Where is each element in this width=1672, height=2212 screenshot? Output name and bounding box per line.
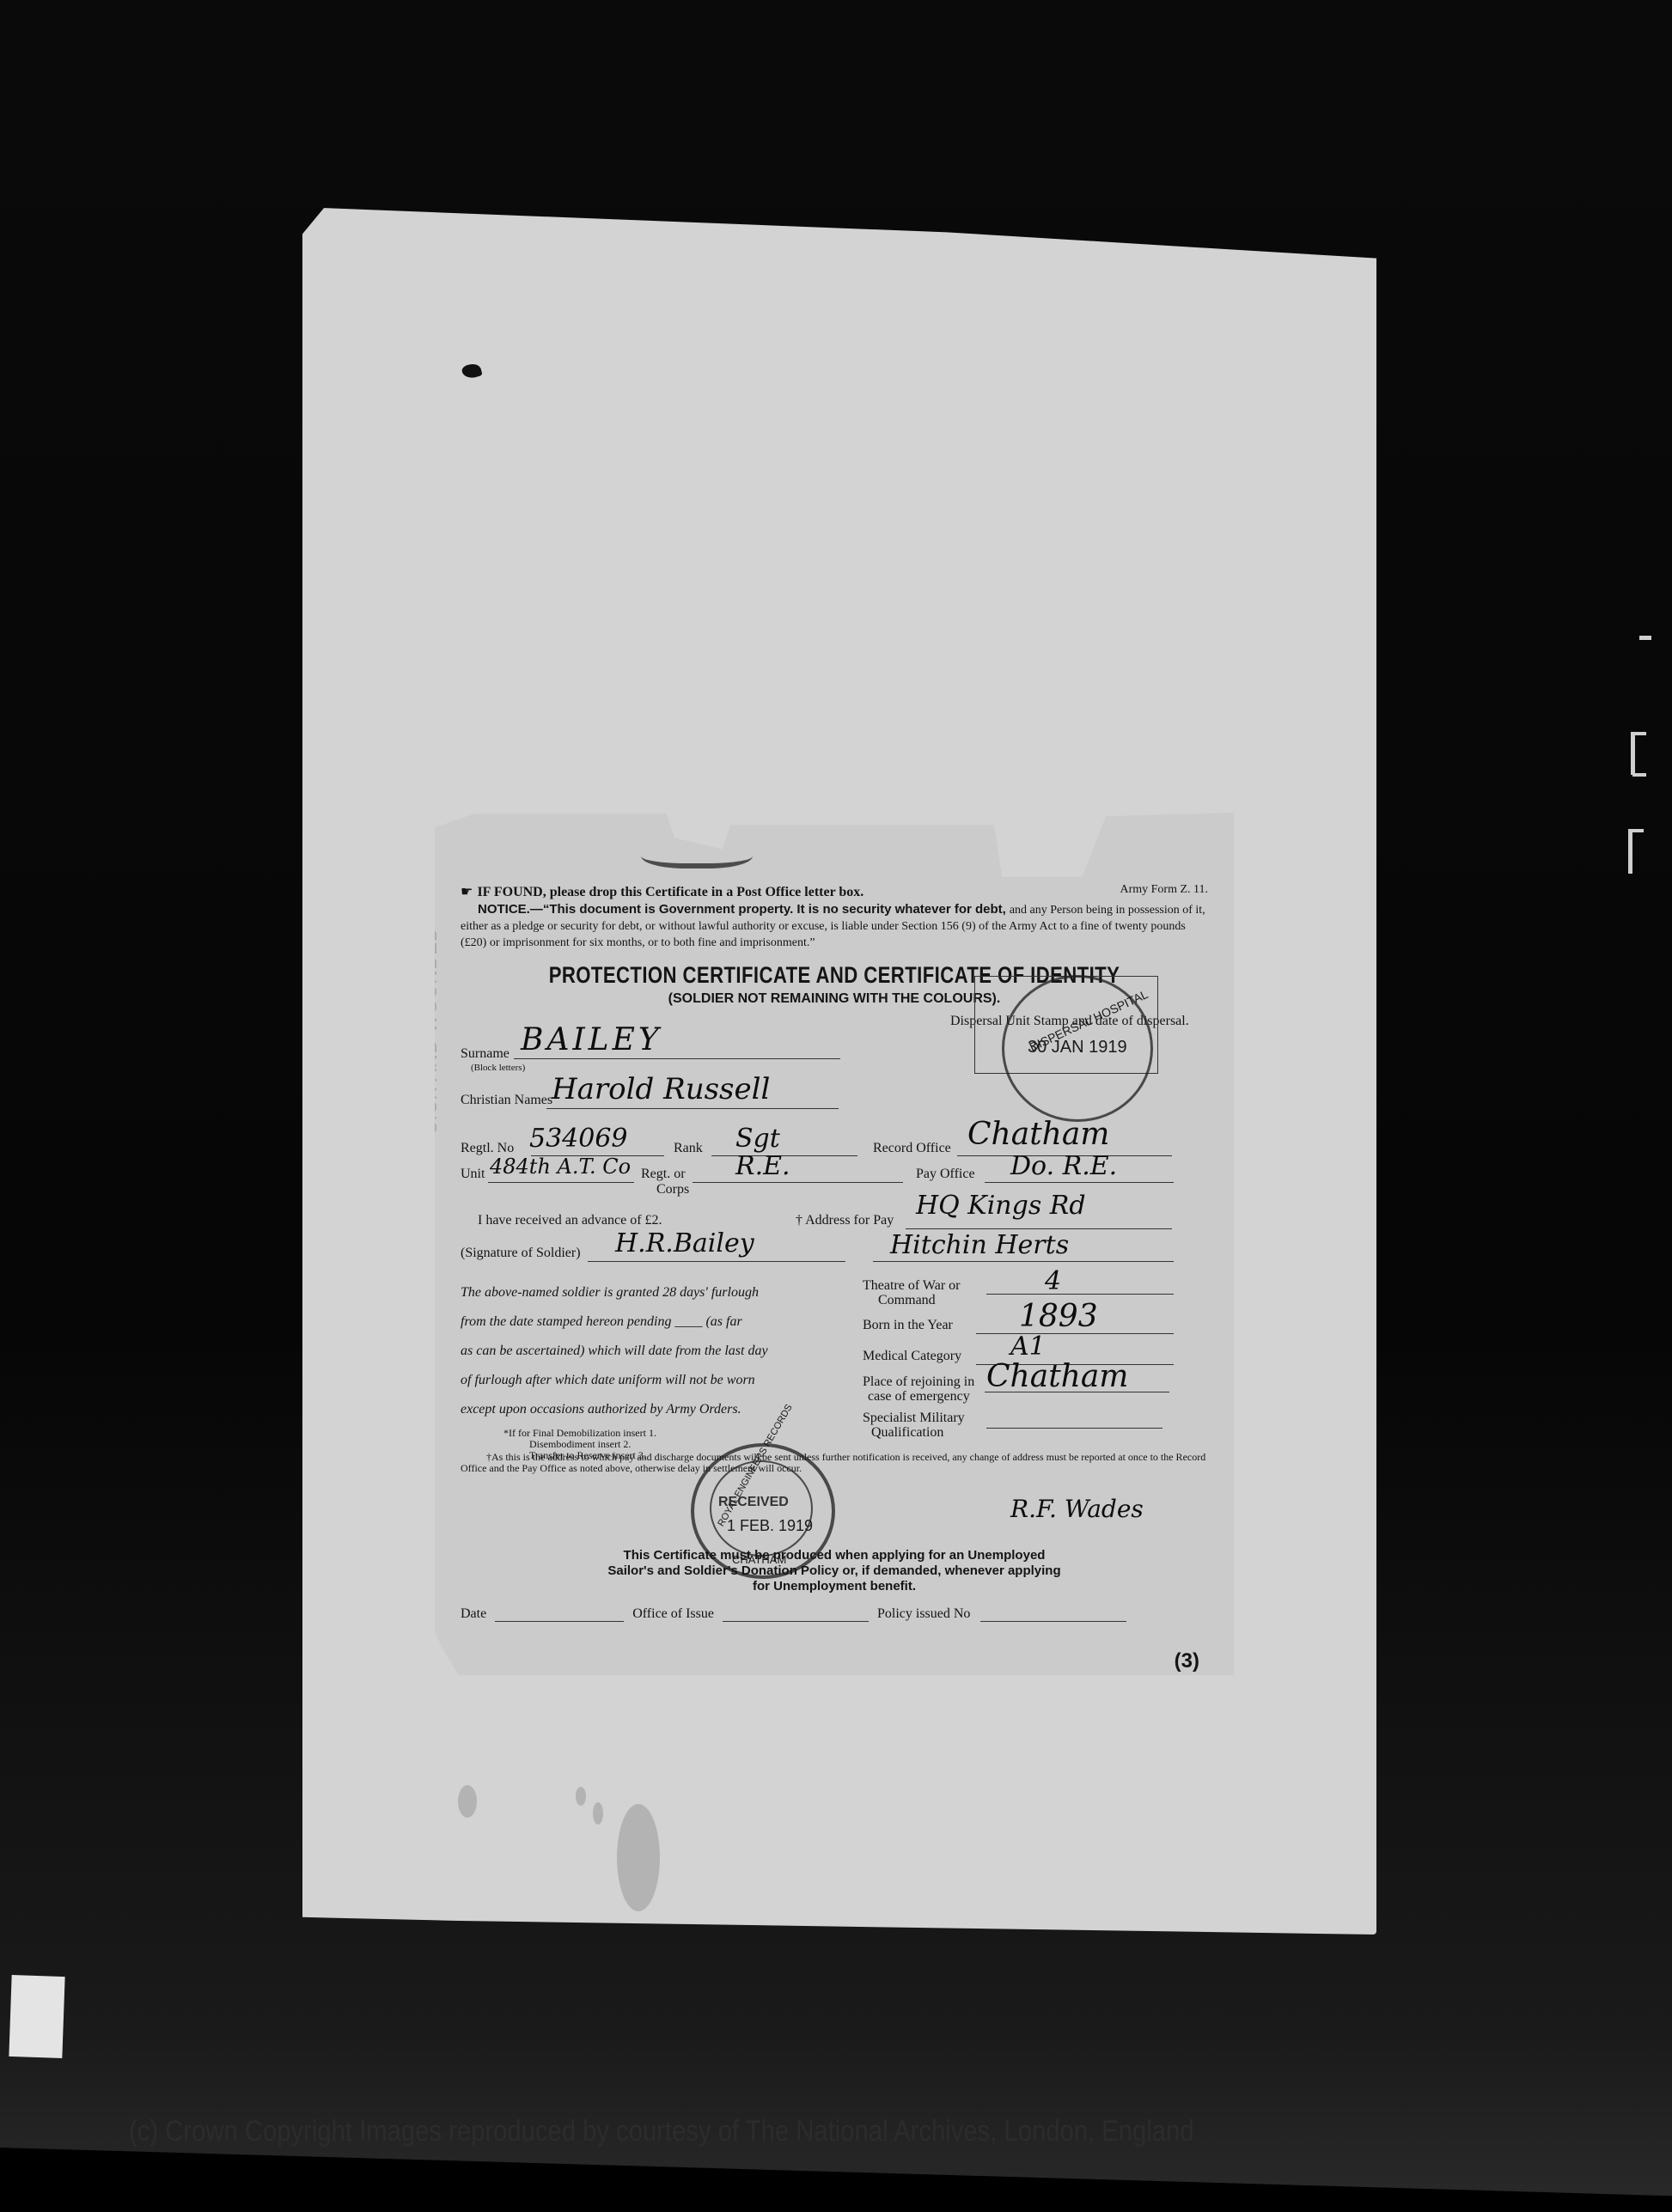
address-field-1[interactable]: HQ Kings Rd — [916, 1191, 1086, 1221]
specialist-label: Specialist Military Qualification — [863, 1411, 965, 1440]
notice-bold: NOTICE.—“This document is Government pro… — [461, 902, 1006, 917]
stain-2 — [458, 1785, 477, 1818]
office-of-issue-label: Office of Issue — [632, 1606, 714, 1621]
signature-label: (Signature of Soldier) — [461, 1246, 581, 1261]
date-label: Date — [461, 1606, 486, 1621]
surname-hint: (Block letters) — [471, 1063, 525, 1073]
rank-label: Rank — [674, 1141, 703, 1156]
christian-names-field[interactable]: Harold Russell — [552, 1072, 770, 1106]
advance-text: I have received an advance of £2. — [478, 1213, 662, 1228]
surname-line — [514, 1058, 840, 1059]
born-label: Born in the Year — [863, 1318, 953, 1333]
regt-label: Regt. or — [641, 1167, 686, 1182]
date-field[interactable] — [495, 1621, 624, 1622]
address-label: † Address for Pay — [796, 1213, 894, 1228]
policy-label: Policy issued No — [877, 1606, 970, 1621]
edge-marker-3b — [1630, 829, 1644, 832]
officer-signature: R.F. Wades — [1010, 1495, 1144, 1523]
regt-field[interactable]: R.E. — [735, 1151, 790, 1181]
furlough-paragraph: The above-named soldier is granted 28 da… — [461, 1278, 768, 1424]
signature-line — [588, 1261, 845, 1262]
certificate-note-3: for Unemployment benefit. — [461, 1579, 1208, 1594]
specialist-line — [986, 1428, 1162, 1429]
address-note: †As this is the address to which pay and… — [461, 1452, 1208, 1474]
rank-field[interactable]: Sgt — [735, 1124, 780, 1154]
furlough-line-5: except upon occasions authorized by Army… — [461, 1395, 768, 1424]
pointing-hand-icon: ☛ — [461, 883, 477, 899]
furlough-line-3: as can be ascertained) which will date f… — [461, 1337, 768, 1366]
surname-label: Surname — [461, 1046, 510, 1062]
medical-label: Medical Category — [863, 1349, 961, 1364]
unit-field[interactable]: 484th A.T. Co — [490, 1155, 631, 1179]
record-office-label: Record Office — [873, 1141, 951, 1156]
edge-marker-2c — [1632, 773, 1646, 777]
born-field[interactable]: 1893 — [1019, 1299, 1098, 1334]
footer-row: Date Office of Issue Policy issued No — [461, 1606, 1208, 1622]
edge-marker-2 — [1631, 732, 1635, 775]
corps-label: Corps — [656, 1182, 689, 1197]
copyright-watermark: (c) Crown Copyright Images reproduced by… — [129, 2115, 1194, 2148]
pay-office-field[interactable]: Do. R.E. — [1010, 1151, 1117, 1181]
christian-names-line — [546, 1108, 839, 1109]
signature-field[interactable]: H.R.Bailey — [615, 1228, 754, 1258]
furlough-line-2: from the date stamped hereon pending ___… — [461, 1307, 768, 1337]
surname-field[interactable]: BAILEY — [521, 1022, 662, 1057]
unit-label: Unit — [461, 1167, 485, 1182]
unit-line — [488, 1182, 634, 1183]
office-of-issue-field[interactable] — [723, 1621, 869, 1622]
notice-line-3: (£20) or imprisonment for six months, or… — [461, 936, 815, 949]
certificate-note-1: This Certificate must be produced when a… — [461, 1548, 1208, 1563]
christian-names-label: Christian Names — [461, 1093, 552, 1108]
if-found-line: ☛ IF FOUND, please drop this Certificate… — [461, 883, 1208, 900]
record-office-field[interactable]: Chatham — [967, 1117, 1109, 1152]
rejoin-label: Place of rejoining in case of emergency — [863, 1374, 974, 1404]
page-number: (3) — [1175, 1649, 1199, 1673]
form-id: Army Form Z. 11. — [1120, 883, 1208, 897]
notice-line-2: without lawful authority or excuse, is l… — [659, 920, 1186, 933]
protection-certificate: SICK AND WOUNDED ☛ IF FOUND, please drop… — [435, 807, 1234, 1675]
if-found-text: IF FOUND, please drop this Certificate i… — [477, 885, 863, 899]
regtl-no-field[interactable]: 534069 — [529, 1124, 628, 1154]
furlough-line-1: The above-named soldier is granted 28 da… — [461, 1278, 768, 1307]
address-line-2 — [873, 1261, 1174, 1262]
theatre-field[interactable]: 4 — [1045, 1266, 1061, 1296]
stain-3 — [576, 1787, 586, 1806]
edge-marker-2b — [1632, 732, 1646, 735]
notice-paragraph: NOTICE.—“This document is Government pro… — [461, 902, 1208, 951]
edge-marker-1 — [1639, 636, 1651, 640]
regt-line — [693, 1182, 903, 1183]
calibration-card — [9, 1975, 64, 2058]
edge-marker-3 — [1628, 829, 1632, 874]
pay-office-label: Pay Office — [916, 1167, 975, 1182]
furlough-line-4: of furlough after which date uniform wil… — [461, 1366, 768, 1395]
received-date: 1 FEB. 1919 — [727, 1517, 813, 1535]
address-line-1 — [906, 1228, 1172, 1229]
certificate-note: This Certificate must be produced when a… — [461, 1548, 1208, 1594]
stain-4 — [593, 1802, 603, 1825]
pay-office-line — [985, 1182, 1174, 1183]
theatre-label: Theatre of War or Command — [863, 1278, 960, 1307]
policy-field[interactable] — [980, 1621, 1126, 1622]
certificate-note-2: Sailor's and Soldier's Donation Policy o… — [461, 1563, 1208, 1579]
stain-1 — [617, 1804, 660, 1911]
address-field-2[interactable]: Hitchin Herts — [890, 1230, 1069, 1260]
theatre-line — [986, 1294, 1174, 1295]
medical-field[interactable]: A1 — [1010, 1331, 1046, 1362]
dispersal-date: 30 JAN 1919 — [1028, 1038, 1127, 1057]
rejoin-field[interactable]: Chatham — [986, 1359, 1128, 1394]
